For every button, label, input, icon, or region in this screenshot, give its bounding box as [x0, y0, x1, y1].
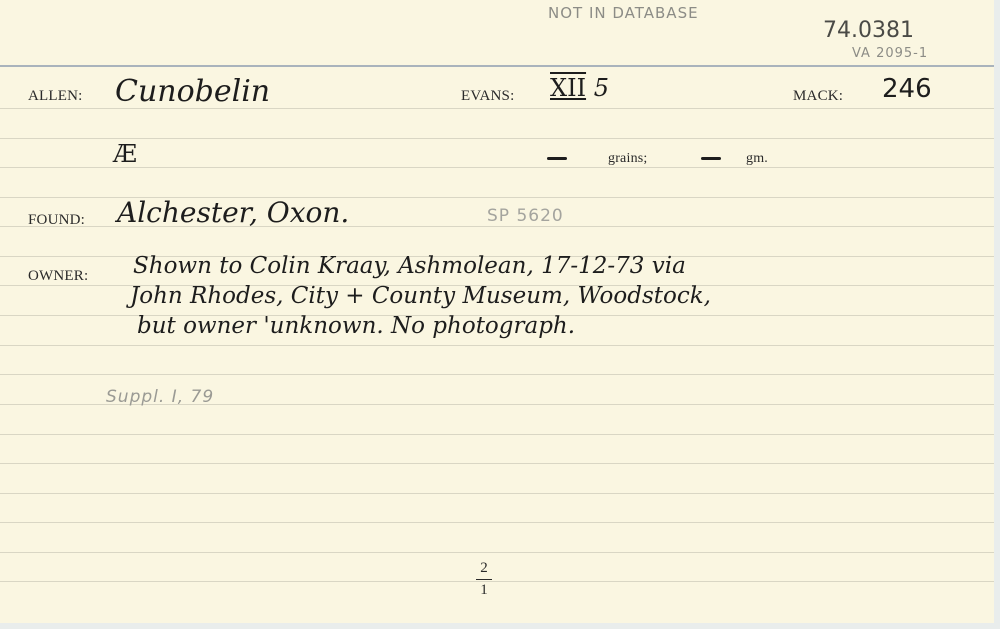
index-card: NOT IN DATABASE 74.0381 VA 2095-1 ALLEN:…: [0, 0, 994, 623]
allen-label: ALLEN:: [28, 88, 83, 105]
rule-line: [0, 493, 994, 494]
found-value: Alchester, Oxon.: [117, 196, 349, 229]
grains-value-dash: [547, 157, 567, 160]
allen-value: Cunobelin: [115, 74, 270, 109]
evans-label: EVANS:: [461, 88, 514, 105]
rule-line: [0, 463, 994, 464]
rule-line: [0, 552, 994, 553]
gm-value-dash: [701, 157, 721, 160]
owner-line-3: but owner 'unknown. No photograph.: [137, 313, 575, 339]
evans-roman-numeral: XII: [550, 74, 586, 102]
evans-number: 5: [594, 74, 609, 102]
rule-line: [0, 345, 994, 346]
rule-line: [0, 138, 994, 139]
mack-label: MACK:: [793, 88, 843, 105]
owner-label: OWNER:: [28, 268, 88, 285]
grid-reference: SP 5620: [487, 206, 564, 226]
rule-line: [0, 434, 994, 435]
rule-line: [0, 522, 994, 523]
mack-value: 246: [882, 74, 932, 104]
found-label: FOUND:: [28, 212, 85, 229]
rule-line: [0, 374, 994, 375]
page-fraction: 2 1: [474, 560, 494, 599]
database-note: NOT IN DATABASE: [548, 4, 699, 22]
accession-number: 74.0381: [823, 18, 914, 43]
supplement-reference: Suppl. I, 79: [106, 387, 214, 407]
page-denominator: 1: [474, 582, 494, 599]
owner-line-2: John Rhodes, City + County Museum, Woods…: [130, 283, 711, 309]
metal-value: Æ: [113, 140, 137, 168]
fraction-bar: [476, 579, 492, 580]
top-rule-line: [0, 65, 994, 67]
owner-line-1: Shown to Colin Kraay, Ashmolean, 17-12-7…: [133, 253, 686, 279]
evans-value: XII 5: [550, 74, 609, 102]
rule-line: [0, 167, 994, 168]
page-numerator: 2: [474, 560, 494, 577]
rule-line: [0, 581, 994, 582]
gm-label: gm.: [746, 151, 768, 167]
secondary-reference: VA 2095-1: [852, 46, 928, 61]
grains-label: grains;: [608, 151, 648, 167]
